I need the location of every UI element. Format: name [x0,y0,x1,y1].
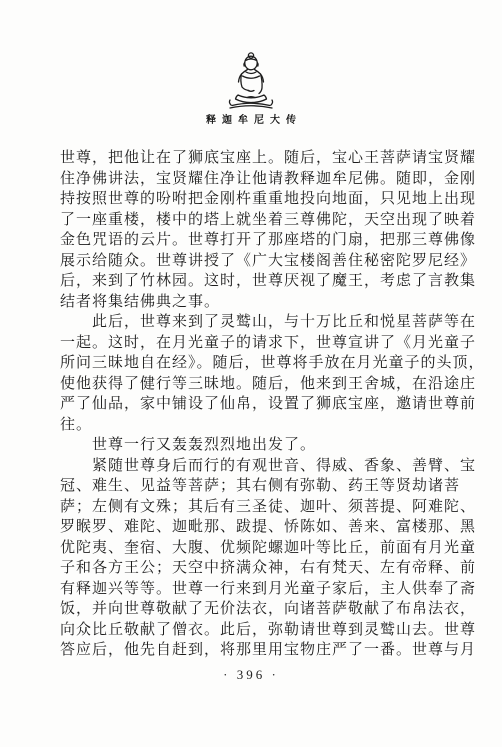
text-line: 世尊，把他让在了狮底宝座上。随后，宝心王菩萨请宝贤耀 [60,148,444,169]
paragraph: 紧随世尊身后而行的有观世音、得威、香象、善臂、宝 冠、难生、见益等菩萨；其右侧有… [60,456,444,661]
text-line: 后，来到了竹林园。这时，世尊厌视了魔王，考虑了言教集 [60,271,444,292]
text-line: 冠、难生、见益等菩萨；其右侧有弥勒、药王等贤劫诸菩 [60,476,444,497]
text-line: 有释迦兴等等。世尊一行来到月光童子家后，主人供奉了斋 [60,579,444,600]
book-page: 释迦牟尼大传 世尊，把他让在了狮底宝座上。随后，宝心王菩萨请宝贤耀 住净佛讲法，… [0,0,502,747]
illustration-container [0,50,502,110]
text-line: 饭，并向世尊敬献了无价法衣，向诸菩萨敬献了布帛法衣， [60,599,444,620]
text-line: 所问三昧地自在经》。随后，世尊将手放在月光童子的头顶， [60,353,444,374]
text-line: 此后，世尊来到了灵鹫山，与十万比丘和悦星菩萨等在 [60,312,444,333]
text-line: 往。 [60,415,444,436]
text-line: 金色咒语的云片。世尊打开了那座塔的门扇，把那三尊佛像 [60,230,444,251]
text-line: 萨；左侧有文殊；其后有三圣徒、迦叶、须菩提、阿难陀、 [60,497,444,518]
text-line: 严了仙品，家中铺设了仙帛，设置了狮底宝座，邀请世尊前 [60,394,444,415]
text-line: 子和各方王公；天空中挤满众神，右有梵天、左有帝释、前 [60,558,444,579]
text-line: 展示给随众。世尊讲授了《广大宝楼阁善住秘密陀罗尼经》 [60,251,444,272]
text-line: 持按照世尊的吩咐把金刚杵重重地投向地面，只见地上出现 [60,189,444,210]
body-text: 世尊，把他让在了狮底宝座上。随后，宝心王菩萨请宝贤耀 住净佛讲法，宝贤耀住净让他… [60,148,444,661]
paragraph: 世尊一行又轰轰烈烈地出发了。 [60,435,444,456]
text-line: 向众比丘敬献了僧衣。此后，弥勒请世尊到灵鹫山去。世尊 [60,620,444,641]
text-line: 一起。这时，在月光童子的请求下，世尊宣讲了《月光童子 [60,333,444,354]
paragraph: 世尊，把他让在了狮底宝座上。随后，宝心王菩萨请宝贤耀 住净佛讲法，宝贤耀住净让他… [60,148,444,312]
text-line: 紧随世尊身后而行的有观世音、得威、香象、善臂、宝 [60,456,444,477]
text-line: 了一座重楼，楼中的塔上就坐着三尊佛陀，天空出现了映着 [60,210,444,231]
text-line: 住净佛讲法，宝贤耀住净让他请教释迦牟尼佛。随即，金刚 [60,169,444,190]
text-line: 使他获得了健行等三昧地。随后，他来到王舍城，在沿途庄 [60,374,444,395]
text-line: 结者将集结佛典之事。 [60,292,444,313]
paragraph: 此后，世尊来到了灵鹫山，与十万比丘和悦星菩萨等在 一起。这时，在月光童子的请求下… [60,312,444,435]
text-line: 罗睺罗、难陀、迦毗那、跋提、㤭陈如、善来、富楼那、黑 [60,517,444,538]
text-line: 世尊一行又轰轰烈烈地出发了。 [60,435,444,456]
text-line: 答应后，他先自赶到，将那里用宝物庄严了一番。世尊与月 [60,640,444,661]
page-number: · 396 · [0,667,502,683]
buddha-illustration [222,50,280,110]
text-line: 优陀夷、奎宿、大腹、优频陀螺迦叶等比丘，前面有月光童 [60,538,444,559]
book-title-caption: 释迦牟尼大传 [0,111,502,126]
